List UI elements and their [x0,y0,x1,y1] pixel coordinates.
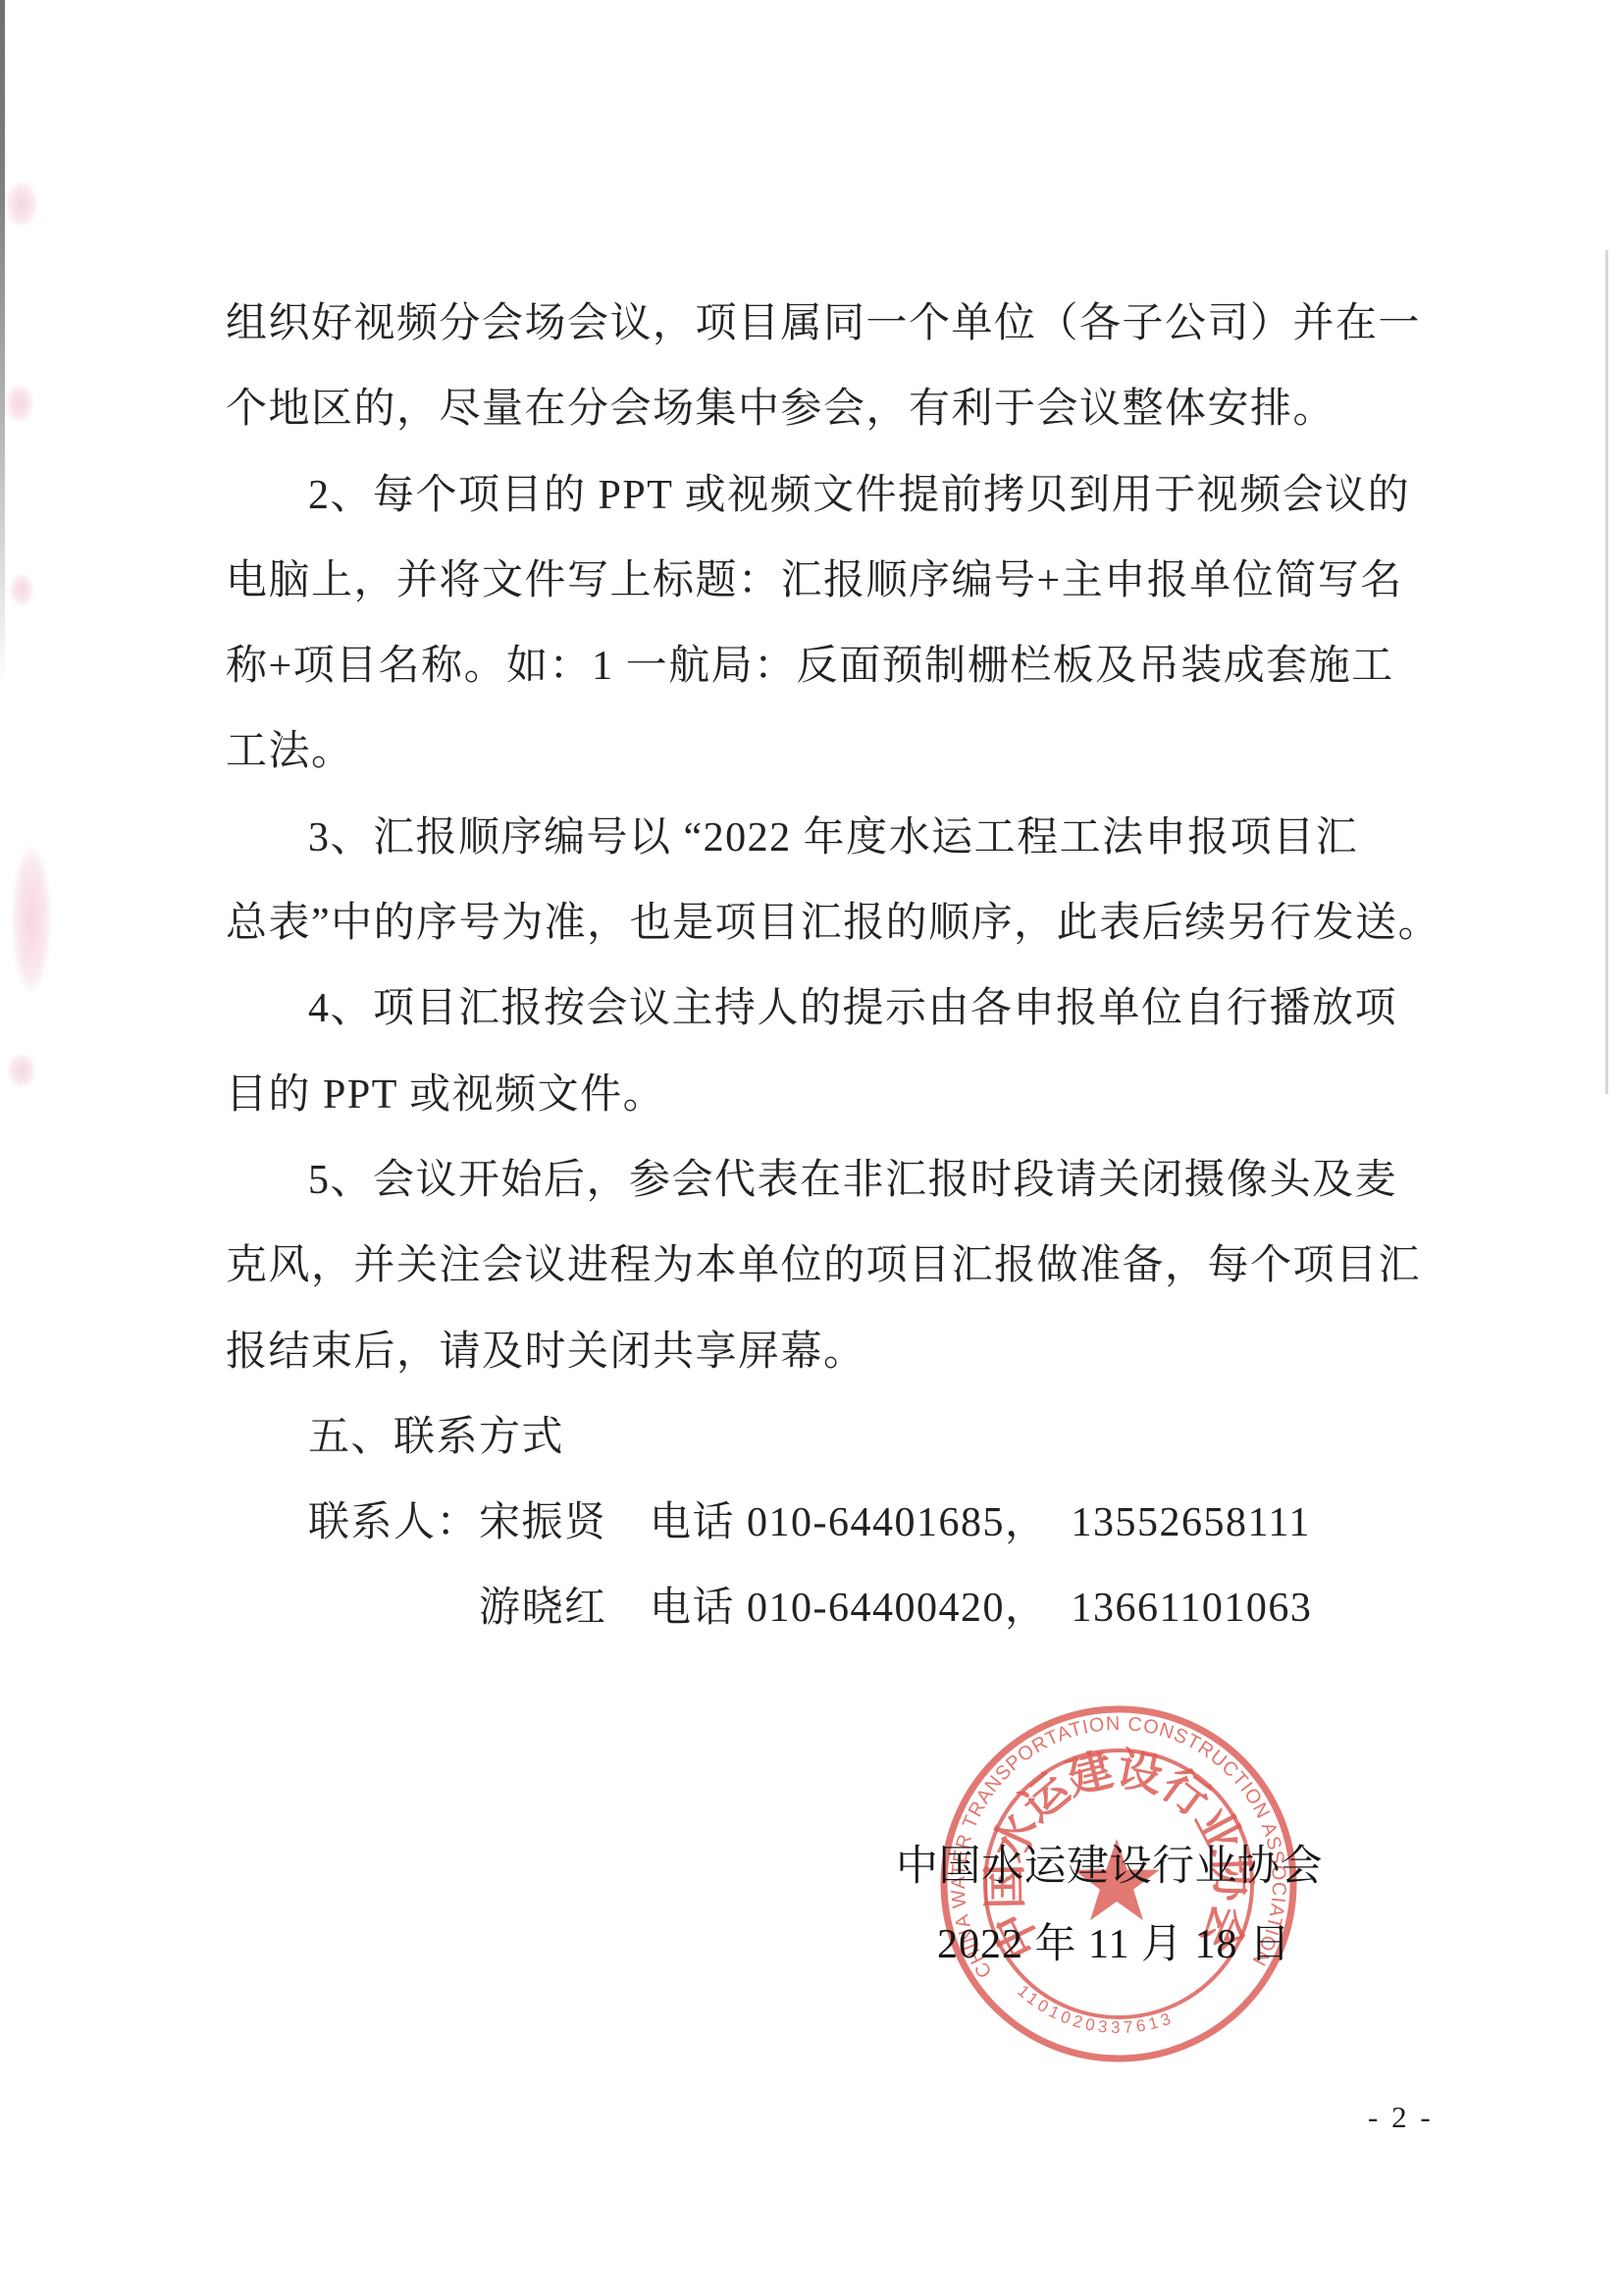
contact-line-2: 游晓红 电话 010-64400420， 13661101063 [226,1566,1427,1651]
scan-artifact-right-line [1605,250,1608,1094]
text-line: 4、项目汇报按会议主持人的提示由各申报单位自行播放项 [226,966,1427,1052]
contact-line-1: 联系人：宋振贤 电话 010-64401685， 13552658111 [226,1481,1427,1566]
scan-artifact-left-edge [0,0,5,687]
signature-date: 2022 年 11 月 18 日 [937,1911,1291,1970]
text-line: 个地区的，尽量在分会场集中参会，有利于会议整体安排。 [226,367,1427,452]
document-body: 组织好视频分会场会议，项目属同一个单位（各子公司）并在一 个地区的，尽量在分会场… [226,282,1427,1652]
scanned-document-page: 组织好视频分会场会议，项目属同一个单位（各子公司）并在一 个地区的，尽量在分会场… [0,0,1623,2296]
text-line: 工法。 [226,709,1427,795]
text-line: 总表”中的序号为准，也是项目汇报的顺序，此表后续另行发送。 [226,881,1427,966]
section-heading-contact: 五、联系方式 [226,1395,1427,1481]
ink-smudge [10,574,33,605]
text-line: 2、每个项目的 PPT 或视频文件提前拷贝到用于视频会议的 [226,453,1427,539]
ink-smudge [6,385,33,422]
text-line: 目的 PPT 或视频文件。 [226,1053,1427,1138]
text-line: 组织好视频分会场会议，项目属同一个单位（各子公司）并在一 [226,282,1427,367]
ink-smudge [8,1054,35,1087]
text-line: 克风，并关注会议进程为本单位的项目汇报做准备，每个项目汇 [226,1224,1427,1309]
text-line: 称+项目名称。如：1 一航局：反面预制栅栏板及吊装成套施工 [226,624,1427,709]
page-number: - 2 - [1368,2100,1434,2135]
signature-organization: 中国水运建设行业协会 [896,1833,1323,1893]
text-line: 电脑上，并将文件写上标题：汇报顺序编号+主申报单位简写名 [226,539,1427,624]
text-line: 5、会议开始后，参会代表在非汇报时段请关闭摄像头及麦 [226,1138,1427,1224]
text-line: 报结束后，请及时关闭共享屏幕。 [226,1310,1427,1395]
ink-smudge [6,182,37,227]
ink-smudge [12,846,51,993]
text-line: 3、汇报顺序编号以 “2022 年度水运工程工法申报项目汇 [226,796,1427,881]
